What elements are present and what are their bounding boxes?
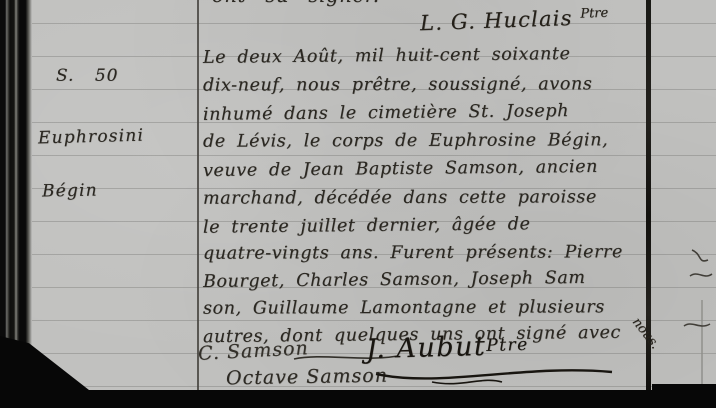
bottom-film-border (0, 390, 716, 408)
priest-title: Ptre (486, 335, 529, 356)
signature-priest: J. AubutPtre (366, 330, 530, 365)
priest-signature-flourish (372, 362, 622, 388)
priest-name: J. Aubut (366, 331, 487, 365)
body-line: marchand, décédée dans cette paroisse (203, 187, 597, 208)
body-line: de Lévis, le corps de Euphrosine Bégin, (203, 130, 608, 151)
margin-column-rule (197, 0, 199, 392)
far-right-page-edge (701, 300, 703, 392)
register-scan-page: ont su signer. L. G. Huclais Ptre S. 50 … (0, 0, 716, 408)
previous-entry-priest-signature: L. G. Huclais Ptre (420, 5, 609, 36)
margin-deceased-firstname: Euphrosini (38, 126, 145, 149)
body-line: quatre-vingts ans. Furent présents: Pier… (203, 242, 623, 263)
bottom-right-film-border (652, 384, 716, 408)
body-line: veuve de Jean Baptiste Samson, ancien (203, 157, 598, 181)
stray-ink-mark (688, 246, 714, 286)
body-line: inhumé dans le cimetière St. Joseph (203, 101, 569, 125)
previous-entry-fragment: ont su signer. (212, 0, 380, 7)
body-line: Le deux Août, mil huit-cent soixante (203, 44, 571, 68)
margin-deceased-surname: Bégin (42, 181, 98, 202)
signature-witness-c-samson: C. Samson (198, 337, 310, 365)
body-line-tail: nous. (629, 315, 663, 352)
signature-witness-octave-samson: Octave Samson (226, 365, 388, 390)
previous-priest-title: Ptre (580, 6, 608, 22)
previous-priest-name: L. G. Huclais (420, 6, 573, 35)
body-line: dix-neuf, nous prêtre, soussigné, avons (203, 74, 592, 95)
stray-ink-mark (682, 318, 712, 332)
body-line: le trente juillet dernier, âgée de (203, 214, 531, 237)
margin-entry-number: S. 50 (56, 66, 118, 86)
body-line: Bourget, Charles Samson, Joseph Sam (203, 268, 586, 292)
body-line: son, Guillaume Lamontagne et plusieurs (203, 297, 605, 318)
